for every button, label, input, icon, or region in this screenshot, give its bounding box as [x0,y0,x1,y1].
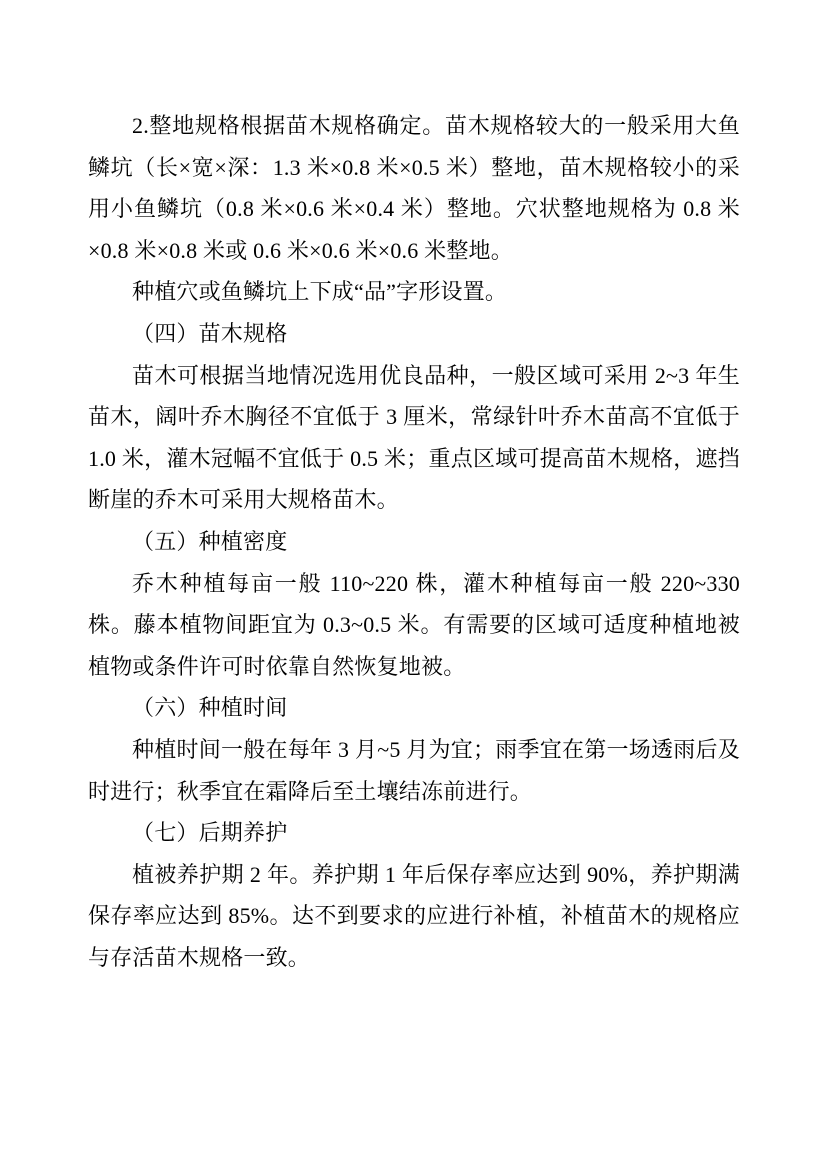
heading-section-4-seedling-spec: （四）苗木规格 [88,313,740,355]
document-page: 2.整地规格根据苗木规格确定。苗木规格较大的一般采用大鱼鳞坑（长×宽×深：1.3… [0,0,826,1169]
paragraph-seedling-spec: 苗木可根据当地情况选用优良品种，一般区域可采用 2~3 年生苗木，阔叶乔木胸径不… [88,355,740,521]
paragraph-planting-density: 乔木种植每亩一般 110~220 株，灌木种植每亩一般 220~330 株。藤本… [88,563,740,688]
paragraph-planting-time: 种植时间一般在每年 3 月~5 月为宜；雨季宜在第一场透雨后及时进行；秋季宜在霜… [88,729,740,812]
heading-section-7-post-maintenance: （七）后期养护 [88,812,740,854]
paragraph-post-maintenance: 植被养护期 2 年。养护期 1 年后保存率应达到 90%，养护期满保存率应达到 … [88,854,740,979]
heading-section-6-planting-time: （六）种植时间 [88,687,740,729]
heading-section-5-planting-density: （五）种植密度 [88,521,740,563]
paragraph-pit-arrangement: 种植穴或鱼鳞坑上下成“品”字形设置。 [88,271,740,313]
paragraph-ground-preparation-spec: 2.整地规格根据苗木规格确定。苗木规格较大的一般采用大鱼鳞坑（长×宽×深：1.3… [88,105,740,271]
